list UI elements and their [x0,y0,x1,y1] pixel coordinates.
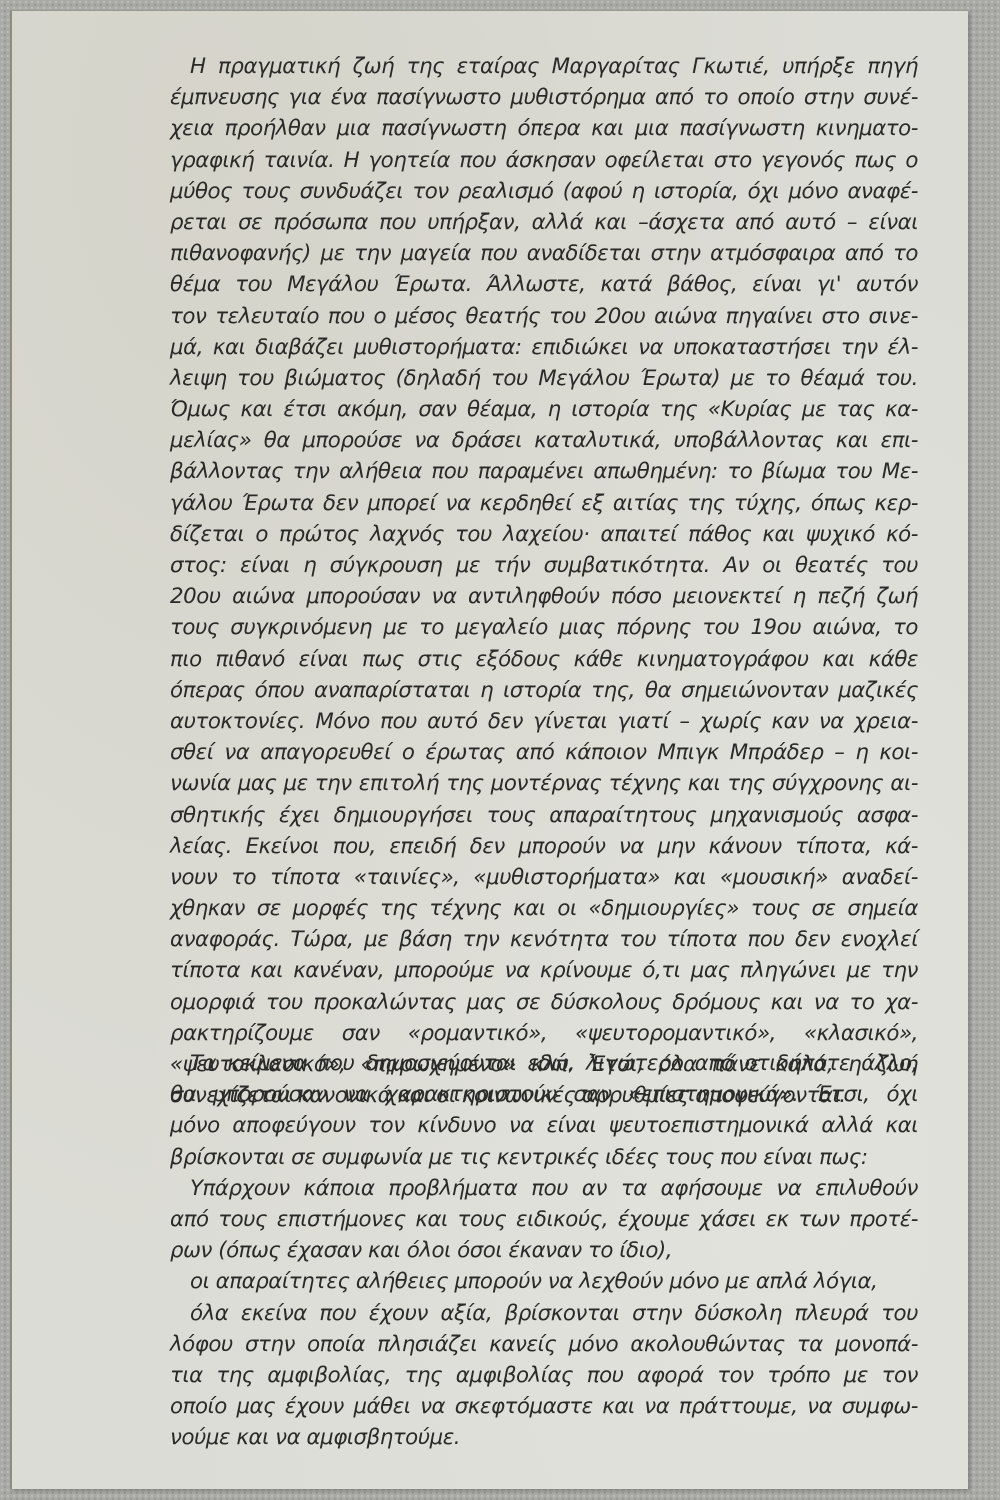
text-line: τια της αμφιβολίας, της αμφιβολίας που α… [170,1360,918,1391]
text-line: χθηκαν σε μορφές της τέχνης και οι «δημι… [170,893,918,924]
text-line: γραφική ταινία. Η γοητεία που άσκησαν οφ… [170,145,918,176]
text-line: τίποτα και κανέναν, μπορούμε να κρίνουμε… [170,955,918,986]
text-line: νουν το τίποτα «ταινίες», «μυθιστορήματα… [170,862,918,893]
text-line: θα μπορούσαν να χαρακτηριστούν σαν «επισ… [170,1079,918,1110]
text-line: μελίας» θα μπορούσε να δράσει καταλυτικά… [170,425,918,456]
text-line: αυτοκτονίες. Μόνο που αυτό δεν γίνεται γ… [170,706,918,737]
text-line: έμπνευσης για ένα πασίγνωστο μυθιστόρημα… [170,82,918,113]
text-line: μύθος τους συνδυάζει τον ρεαλισμό (αφού … [170,176,918,207]
text-line: οποίο μας έχουν μάθει να σκεφτόμαστε και… [170,1391,918,1422]
text-line: μά, και διαβάζει μυθιστορήματα: επιδιώκε… [170,332,918,363]
text-line: πιθανοφανής) με την μαγεία που αναδίδετα… [170,238,918,269]
text-line: γάλου Έρωτα δεν μπορεί να κερδηθεί εξ αι… [170,488,918,519]
text-line: νούμε και να αμφισβητούμε. [170,1422,918,1453]
text-line: σθεί να απαγορευθεί ο έρωτας από κάποιον… [170,737,918,768]
text-line: δίζεται ο πρώτος λαχνός του λαχείου· απα… [170,519,918,550]
text-line: βρίσκονται σε συμφωνία με τις κεντρικές … [170,1142,918,1173]
text-line: σθητικής έχει δημιουργήσει τους απαραίτη… [170,800,918,831]
text-line: τον τελευταίο που ο μέσος θεατής του 20ο… [170,301,918,332]
text-line: 20ου αιώνα μπορούσαν να αντιληφθούν πόσο… [170,581,918,612]
text-line: όπερας όπου αναπαρίσταται η ιστορία της,… [170,675,918,706]
text-line: Τα κείμενα που δημοσιεύονται εδώ, λιγώτε… [170,1048,918,1079]
text-line: Όμως και έτσι ακόμη, σαν θέαμα, η ιστορί… [170,394,918,425]
text-line: τους συγκρινόμενη με το μεγαλείο μιας πό… [170,612,918,643]
text-line: νωνία μας με την επιτολή της μοντέρνας τ… [170,768,918,799]
text-line: ρακτηρίζουμε σαν «ρομαντικό», «ψευτορομα… [170,1018,918,1049]
book-back-cover-page: Η πραγματική ζωή της εταίρας Μαργαρίτας … [10,10,968,1489]
paragraph-margarita-gautier: Η πραγματική ζωή της εταίρας Μαργαρίτας … [170,51,918,1111]
text-line: λόφου στην οποία πλησιάζει κανείς μόνο α… [170,1329,918,1360]
text-line: βάλλοντας την αλήθεια που παραμένει απωθ… [170,456,918,487]
text-line: χεια προήλθαν μια πασίγνωστη όπερα και μ… [170,113,918,144]
text-line: λείας. Εκείνοι που, επειδή δεν μπορούν ν… [170,831,918,862]
text-line: ρεται σε πρόσωπα που υπήρξαν, αλλά και –… [170,207,918,238]
text-line: οι απαραίτητες αλήθειες μπορούν να λεχθο… [170,1266,918,1297]
text-line: αναφοράς. Τώρα, με βάση την κενότητα του… [170,924,918,955]
text-line: όλα εκείνα που έχουν αξία, βρίσκονται στ… [170,1298,918,1329]
text-line: θέμα του Μεγάλου Έρωτα. Άλλωστε, κατά βά… [170,269,918,300]
text-line: Υπάρχουν κάποια προβλήματα που αν τα αφή… [170,1173,918,1204]
text-line: λειψη του βιώματος (δηλαδή του Μεγάλου Έ… [170,363,918,394]
text-line: στος: είναι η σύγκρουση με τήν συμβατικό… [170,550,918,581]
text-line: ρων (όπως έχασαν και όλοι όσοι έκαναν το… [170,1235,918,1266]
paragraph-texts-published-here: Τα κείμενα που δημοσιεύονται εδώ, λιγώτε… [170,1048,918,1453]
text-line: πιο πιθανό είναι πως στις εξόδους κάθε κ… [170,644,918,675]
text-line: μόνο αποφεύγουν τον κίνδυνο να είναι ψευ… [170,1110,918,1141]
text-line: ομορφιά του προκαλώντας μας σε δύσκολους… [170,987,918,1018]
text-line: Η πραγματική ζωή της εταίρας Μαργαρίτας … [170,51,918,82]
text-line: από τους επιστήμονες και τους ειδικούς, … [170,1204,918,1235]
